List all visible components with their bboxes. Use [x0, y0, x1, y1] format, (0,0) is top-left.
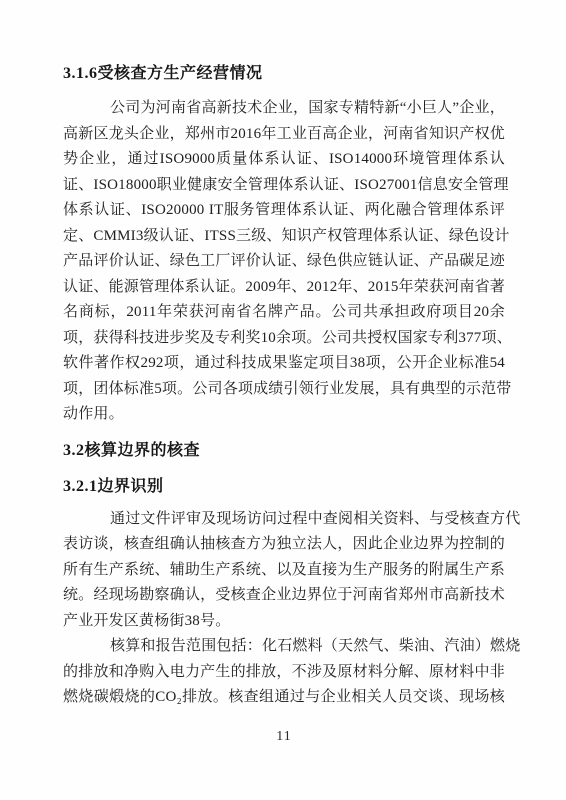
- page-number: 11: [63, 727, 505, 747]
- document-body: 3.1.6受核查方生产经营情况公司为河南省高新技术企业，国家专精特新“小巨人”企…: [63, 63, 505, 747]
- text-line: 产业开发区黄杨街38号。: [63, 609, 505, 635]
- text-line: 定、CMMI3级认证、ITSS三级、知识产权管理体系认证、绿色设计: [63, 224, 505, 250]
- text-line: 表访谈，核查组确认抽核查方为独立法人，因此企业边界为控制的: [63, 532, 505, 558]
- text-line: 项，团体标准5项。公司各项成绩引领行业发展，具有典型的示范带: [63, 377, 505, 403]
- text-line: 产品评价认证、绿色工厂评价认证、绿色供应链认证、产品碳足迹: [63, 249, 505, 275]
- text-line: 项，获得科技进步奖及专利奖10余项。公司共授权国家专利377项、: [63, 326, 505, 352]
- text-line: 软件著作权292项，通过科技成果鉴定项目38项，公开企业标准54: [63, 351, 505, 377]
- text-line: 燃烧碳煅烧的CO₂排放。核查组通过与企业相关人员交谈、现场核: [63, 685, 505, 711]
- text-line: 动作用。: [63, 402, 505, 428]
- text-line: 核算和报告范围包括：化石燃料（天然气、柴油、汽油）燃烧: [63, 634, 505, 660]
- text-line: 体系认证、ISO20000 IT服务管理体系认证、两化融合管理体系评: [63, 198, 505, 224]
- text-line: 势企业，通过ISO9000质量体系认证、ISO14000环境管理体系认: [63, 147, 505, 173]
- text-line: 证、ISO18000职业健康安全管理体系认证、ISO27001信息安全管理: [63, 173, 505, 199]
- text-line: 的排放和净购入电力产生的排放，不涉及原材料分解、原材料中非: [63, 660, 505, 686]
- text-line: 高新区龙头企业，郑州市2016年工业百高企业，河南省知识产权优: [63, 122, 505, 148]
- paragraph-boundary-identification: 通过文件评审及现场访问过程中查阅相关资料、与受核查方代表访谈，核查组确认抽核查方…: [63, 507, 505, 635]
- text-line: 统。经现场勘察确认，受核查企业边界位于河南省郑州市高新技术: [63, 583, 505, 609]
- text-line: 通过文件评审及现场访问过程中查阅相关资料、与受核查方代: [63, 507, 505, 533]
- heading-3-1-6: 3.1.6受核查方生产经营情况: [63, 63, 505, 85]
- paragraph-company-overview: 公司为河南省高新技术企业，国家专精特新“小巨人”企业，高新区龙头企业，郑州市20…: [63, 96, 505, 428]
- text-line: 认证、能源管理体系认证。2009年、2012年、2015年荣获河南省著: [63, 275, 505, 301]
- text-line: 所有生产系统、辅助生产系统、以及直接为生产服务的附属生产系: [63, 558, 505, 584]
- text-line: 公司为河南省高新技术企业，国家专精特新“小巨人”企业，: [63, 96, 505, 122]
- text-line: 名商标，2011年荣获河南省名牌产品。公司共承担政府项目20余: [63, 300, 505, 326]
- heading-3-2: 3.2核算边界的核查: [63, 440, 505, 462]
- document-page: 3.1.6受核查方生产经营情况公司为河南省高新技术企业，国家专精特新“小巨人”企…: [0, 0, 566, 800]
- paragraph-accounting-scope: 核算和报告范围包括：化石燃料（天然气、柴油、汽油）燃烧的排放和净购入电力产生的排…: [63, 634, 505, 711]
- heading-3-2-1: 3.2.1边界识别: [63, 476, 505, 498]
